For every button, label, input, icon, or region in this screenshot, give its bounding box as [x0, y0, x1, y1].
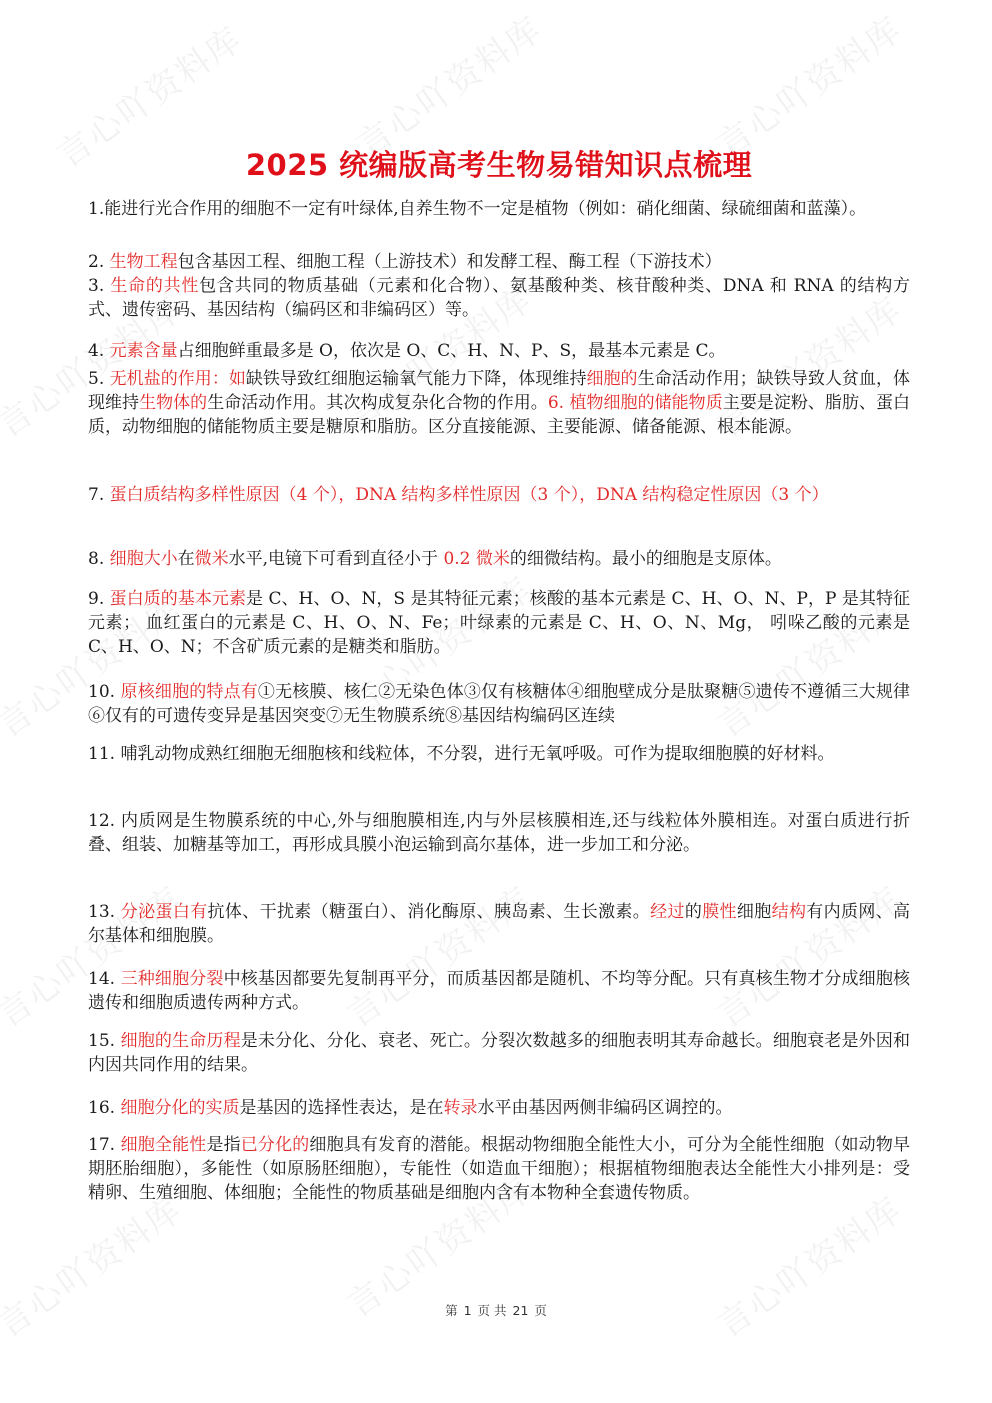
highlighted-term: 膜性 — [702, 902, 737, 922]
footer-suffix: 页 — [534, 1303, 547, 1318]
body-text: 2. — [88, 252, 110, 272]
watermark-text: 言心吖资料库 — [705, 1182, 910, 1346]
knowledge-item-5-6: 5. 无机盐的作用：如缺铁导致红细胞运输氧气能力下降，体现维持细胞的生命活动作用… — [88, 367, 910, 439]
highlighted-term: 转录 — [443, 1098, 477, 1118]
body-text: 8. — [88, 549, 110, 569]
knowledge-item-13: 13. 分泌蛋白有抗体、干扰素（糖蛋白）、消化酶原、胰岛素、生长激素。经过的膜性… — [88, 900, 910, 948]
body-text: 的 — [685, 902, 702, 922]
knowledge-item-1: 1.能进行光合作用的细胞不一定有叶绿体,自养生物不一定是植物（例如：硝化细菌、绿… — [88, 197, 910, 221]
highlighted-term: 微米 — [195, 549, 229, 569]
body-text: 4. — [88, 341, 110, 361]
footer-current-page: 1 — [464, 1303, 472, 1318]
highlighted-term: 结构 — [772, 902, 807, 922]
knowledge-item-8: 8. 细胞大小在微米水平,电镜下可看到直径小于 0.2 微米的细微结构。最小的细… — [88, 547, 910, 571]
highlighted-term: 细胞的生命历程 — [121, 1031, 241, 1051]
body-text: 9. — [88, 589, 110, 609]
knowledge-item-9: 9. 蛋白质的基本元素是 C、H、O、N，S 是其特征元素；核酸的基本元素是 C… — [88, 587, 910, 659]
body-text: 抗体、干扰素（糖蛋白）、消化酶原、胰岛素、生长激素。 — [208, 902, 651, 922]
body-text: 17. — [88, 1135, 121, 1155]
body-text: 包含基因工程、细胞工程（上游技术）和发酵工程、酶工程（下游技术） — [178, 252, 722, 272]
body-text: 13. — [88, 902, 121, 922]
highlighted-term: 0.2 微米 — [443, 549, 509, 569]
body-text: 缺铁导致红细胞运输氧气能力下降，体现维持 — [246, 369, 587, 389]
highlighted-term: 细胞的 — [586, 369, 637, 389]
highlighted-term: 分泌蛋白有 — [121, 902, 208, 922]
page-title: 2025 统编版高考生物易错知识点梳理 — [88, 143, 910, 184]
body-text: 7. — [88, 485, 110, 505]
highlighted-term: 经过 — [650, 902, 685, 922]
body-text: 的细微结构。最小的细胞是支原体。 — [510, 549, 782, 569]
body-text: 5. — [88, 369, 110, 389]
body-text: 包含共同的物质基础（元素和化合物）、氨基酸种类、核苷酸种类、DNA 和 RNA … — [88, 276, 910, 320]
body-text: 3. — [88, 276, 110, 296]
highlighted-term: 细胞全能性 — [121, 1135, 207, 1155]
knowledge-item-2: 2. 生物工程包含基因工程、细胞工程（上游技术）和发酵工程、酶工程（下游技术） — [88, 250, 910, 274]
highlighted-term: 6. 植物细胞的储能物质 — [548, 393, 723, 413]
page-footer: 第1页 共21页 — [0, 1301, 992, 1319]
highlighted-term: 原核细胞的特点有 — [121, 682, 258, 702]
body-text: 16. — [88, 1098, 120, 1118]
body-text: 15. — [88, 1031, 121, 1051]
knowledge-item-17: 17. 细胞全能性是指已分化的细胞具有发育的潜能。根据动物细胞全能性大小，可分为… — [88, 1133, 910, 1205]
body-text: 占细胞鲜重最多是 O，依次是 O、C、H、N、P、S，最基本元素是 C。 — [178, 341, 726, 361]
knowledge-item-11: 11. 哺乳动物成熟红细胞无细胞核和线粒体，不分裂，进行无氧呼吸。可作为提取细胞… — [88, 742, 910, 766]
footer-total-pages: 21 — [513, 1303, 529, 1318]
body-text: 14. — [88, 969, 121, 989]
highlighted-term: 蛋白质结构多样性原因（4 个），DNA 结构多样性原因（3 个），DNA 结构稳… — [110, 485, 829, 505]
knowledge-item-10: 10. 原核细胞的特点有①无核膜、核仁②无染色体③仅有核糖体④细胞壁成分是肽聚糖… — [88, 680, 910, 728]
highlighted-term: 生物体的 — [139, 393, 207, 413]
knowledge-item-4: 4. 元素含量占细胞鲜重最多是 O，依次是 O、C、H、N、P、S，最基本元素是… — [88, 339, 910, 363]
highlighted-term: 三种细胞分裂 — [121, 969, 224, 989]
body-text: 是基因的选择性表达，是在 — [239, 1098, 443, 1118]
body-text: 10. — [88, 682, 121, 702]
body-text: 水平由基因两侧非编码区调控的。 — [477, 1098, 732, 1118]
knowledge-item-3: 3. 生命的共性包含共同的物质基础（元素和化合物）、氨基酸种类、核苷酸种类、DN… — [88, 274, 910, 322]
highlighted-term: 细胞分化的实质 — [120, 1098, 239, 1118]
highlighted-term: 元素含量 — [110, 341, 178, 361]
highlighted-term: 生命的共性 — [110, 276, 199, 296]
knowledge-item-14: 14. 三种细胞分裂中核基因都要先复制再平分，而质基因都是随机、不均等分配。只有… — [88, 967, 910, 1015]
highlighted-term: 生物工程 — [110, 252, 178, 272]
body-text: 生命活动作用。其次构成复杂化合物的作用。 — [207, 393, 548, 413]
highlighted-term: 无机盐的作用：如 — [110, 369, 246, 389]
highlighted-term: 蛋白质的基本元素 — [110, 589, 246, 609]
highlighted-term: 已分化的 — [241, 1135, 310, 1155]
body-text: 是指 — [206, 1135, 240, 1155]
body-text: 细胞 — [737, 902, 772, 922]
watermark-text: 言心吖资料库 — [0, 1182, 191, 1346]
body-text: 1.能进行光合作用的细胞不一定有叶绿体,自养生物不一定是植物（例如：硝化细菌、绿… — [88, 199, 866, 219]
highlighted-term: 细胞大小 — [110, 549, 178, 569]
body-text: 在 — [178, 549, 195, 569]
knowledge-item-15: 15. 细胞的生命历程是未分化、分化、衰老、死亡。分裂次数越多的细胞表明其寿命越… — [88, 1029, 910, 1077]
footer-mid: 页 共 — [478, 1303, 507, 1318]
footer-prefix: 第 — [445, 1303, 458, 1318]
knowledge-item-7: 7. 蛋白质结构多样性原因（4 个），DNA 结构多样性原因（3 个），DNA … — [88, 483, 910, 507]
watermark-text: 言心吖资料库 — [705, 2, 910, 166]
watermark-text: 言心吖资料库 — [345, 2, 550, 166]
body-text: 11. 哺乳动物成熟红细胞无细胞核和线粒体，不分裂，进行无氧呼吸。可作为提取细胞… — [88, 744, 834, 764]
knowledge-item-16: 16. 细胞分化的实质是基因的选择性表达，是在转录水平由基因两侧非编码区调控的。 — [88, 1096, 910, 1120]
body-text: 12. 内质网是生物膜系统的中心,外与细胞膜相连,内与外层核膜相连,还与线粒体外… — [88, 811, 910, 855]
knowledge-item-12: 12. 内质网是生物膜系统的中心,外与细胞膜相连,内与外层核膜相连,还与线粒体外… — [88, 809, 910, 857]
body-text: 水平,电镜下可看到直径小于 — [229, 549, 444, 569]
